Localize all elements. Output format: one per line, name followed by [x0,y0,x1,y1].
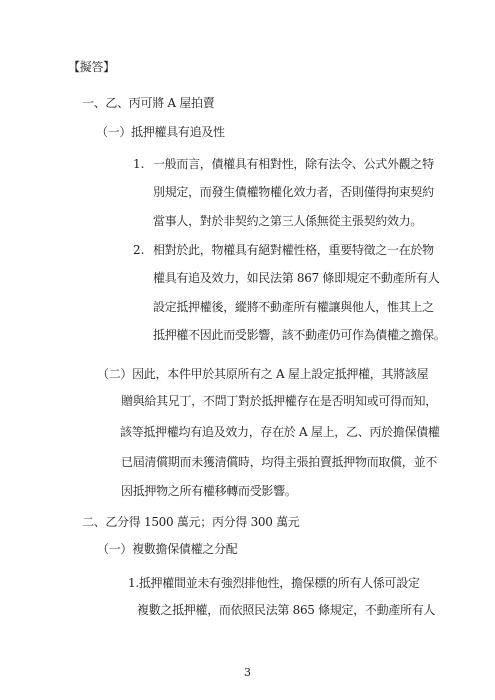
part-2-heading: 二、乙分得 1500 萬元；丙分得 300 萬元 [82,508,300,536]
list-item-1-line: 一般而言，債權具有相對性，除有法令、公式外觀之特1. [153,150,434,178]
document-page: 【擬答】 一、乙、丙可將 A 屋拍賣 （一）抵押權具有追及性 一般而言，債權具有… [0,0,495,700]
subsection-1-2-line: 已屆清償期而未獲清償時，均得主張拍賣抵押物而取償，並不 [121,448,437,476]
list-item-1-line: 當事人，對於非契約之第三人係無從主張契約效力。 [153,207,422,235]
subsection-1-1-heading: （一）抵押權具有追及性 [96,118,225,146]
subsection-1-2-line: 贈與給其兄丁，不問丁對於抵押權存在是否明知或可得而知， [121,387,437,415]
list-item-1-number: 1. [133,150,144,178]
list-item-2-line: 權具有追及效力，如民法第 867 條即規定不動產所有人 [153,264,439,292]
subsection-1-2-line: 該等抵押權均有追及效力，存在於 A 屋上，乙、丙於擔保債權 [120,418,440,446]
list-item-2-line: 抵押權不因此而受影響，該不動產仍可作為債權之擔保。 [153,321,446,349]
subsection-1-2-line: 因抵押物之所有權移轉而受影響。 [121,477,297,505]
list-item-line: 1.抵押權間並未有強烈排他性，擔保標的所有人係可設定 [128,569,420,597]
list-item-2-line: 設定抵押權後，縱將不動產所有權讓與他人，惟其上之 [153,293,434,321]
list-item-1-line: 別規定，而發生債權物權化效力者，否則僅得拘束契約 [153,178,434,206]
answer-label: 【擬答】 [68,53,115,81]
part-1-heading: 一、乙、丙可將 A 屋拍賣 [82,89,214,117]
list-item-2-number: 2. [133,236,144,264]
list-item-line: 複數之抵押權，而依照民法第 865 條規定，不動產所有人 [137,596,435,624]
subsection-1-2-line: （二）因此，本件甲於其原所有之 A 屋上設定抵押權，其將該屋 [97,360,428,388]
list-item-2-line: 相對於此，物權具有絕對權性格，重要特徵之一在於物2. [153,236,434,264]
subsection-2-1-heading: （一）複數擔保債權之分配 [97,535,237,563]
page-number: 3 [0,659,495,687]
